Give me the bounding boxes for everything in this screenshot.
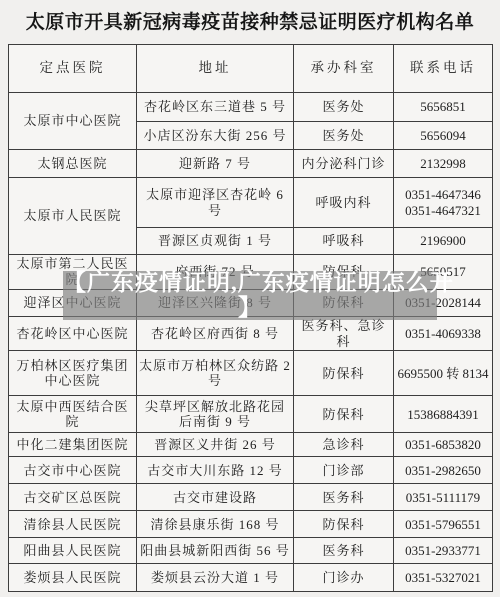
table-row: 娄烦县人民医院 娄烦县云汾大道 1 号 门诊办 0351-5327021 [9,564,493,592]
header-phone: 联系电话 [394,45,493,93]
table-row: 古交市中心医院 古交市大川东路 12 号 门诊部 0351-2982650 [9,457,493,484]
table-row: 万柏林区医疗集团中心医院 太原市万柏林区众纺路 2 号 防保科 6695500 … [9,351,493,396]
address-cell: 古交市大川东路 12 号 [137,457,294,484]
address-cell: 娄烦县云汾大道 1 号 [137,564,294,592]
table-row: 太钢总医院 迎新路 7 号 内分泌科门诊 2132998 [9,150,493,178]
department-cell: 防保科 [294,396,394,433]
document-title: 太原市开具新冠病毒疫苗接种禁忌证明医疗机构名单 [0,7,500,34]
header-department: 承办科室 [294,45,394,93]
phone-cell: 15386884391 [394,396,493,433]
table-row: 太原市中心医院 杏花岭区东三道巷 5 号 医务处 5656851 [9,93,493,122]
phone-cell: 0351-5327021 [394,564,493,592]
hospital-cell: 太原中西医结合医院 [9,396,137,433]
hospital-cell: 中化二建集团医院 [9,433,137,457]
address-cell: 太原市迎泽区杏花岭 6 号 [137,178,294,228]
hospital-cell: 清徐县人民医院 [9,511,137,538]
phone-cell: 0351-5796551 [394,511,493,538]
address-cell: 清徐县康乐街 168 号 [137,511,294,538]
watermark-line-2: 】 [63,296,437,321]
header-hospital: 定点医院 [9,45,137,93]
table-row: 古交矿区总医院 古交市建设路 医务科 0351-5111179 [9,484,493,511]
table-row: 阳曲县人民医院 阳曲县城新阳西街 56 号 医务科 0351-2933771 [9,538,493,564]
hospital-cell: 太钢总医院 [9,150,137,178]
phone-cell: 5656094 [394,122,493,150]
phone-cell: 0351-2982650 [394,457,493,484]
table-row: 杏花岭区中心医院 杏花岭区府西街 8 号 医务科、急诊科 0351-406933… [9,316,493,351]
address-cell: 迎新路 7 号 [137,150,294,178]
phone-cell: 5656851 [394,93,493,122]
department-cell: 急诊科 [294,433,394,457]
address-cell: 小店区汾东大街 256 号 [137,122,294,150]
address-cell: 太原市万柏林区众纺路 2 号 [137,351,294,396]
department-cell: 医务科 [294,484,394,511]
hospital-cell: 阳曲县人民医院 [9,538,137,564]
department-cell: 防保科 [294,351,394,396]
page: 太原市开具新冠病毒疫苗接种禁忌证明医疗机构名单 定点医院 地址 承办科室 联系电… [0,0,500,597]
phone-cell: 0351-5111179 [394,484,493,511]
address-cell: 晋源区贞观街 1 号 [137,228,294,255]
address-cell: 杏花岭区东三道巷 5 号 [137,93,294,122]
watermark-overlay: 【广东疫情证明,广东疫情证明怎么开 】 [63,271,437,320]
phone-cell: 0351-4069338 [394,316,493,351]
department-cell: 门诊部 [294,457,394,484]
phone-cell: 0351-6853820 [394,433,493,457]
address-cell: 晋源区义井街 26 号 [137,433,294,457]
address-cell: 杏花岭区府西街 8 号 [137,316,294,351]
table-row: 太原市人民医院 太原市迎泽区杏花岭 6 号 呼吸内科 0351-4647346 … [9,178,493,228]
watermark-line-1: 【广东疫情证明,广东疫情证明怎么开 [63,271,437,296]
department-cell: 内分泌科门诊 [294,150,394,178]
hospital-cell: 太原市中心医院 [9,93,137,150]
hospital-cell: 万柏林区医疗集团中心医院 [9,351,137,396]
phone-cell: 0351-4647346 0351-4647321 [394,178,493,228]
phone-cell: 2196900 [394,228,493,255]
department-cell: 门诊办 [294,564,394,592]
department-cell: 呼吸内科 [294,178,394,228]
table-row: 清徐县人民医院 清徐县康乐街 168 号 防保科 0351-5796551 [9,511,493,538]
address-cell: 古交市建设路 [137,484,294,511]
phone-line-2: 0351-4647321 [396,203,490,219]
phone-cell: 2132998 [394,150,493,178]
hospital-cell: 古交矿区总医院 [9,484,137,511]
phone-cell: 6695500 转 8134 [394,351,493,396]
table-row: 中化二建集团医院 晋源区义井街 26 号 急诊科 0351-6853820 [9,433,493,457]
department-cell: 防保科 [294,511,394,538]
address-cell: 尖草坪区解放北路花园后南街 9 号 [137,396,294,433]
hospital-cell: 杏花岭区中心医院 [9,316,137,351]
table-row: 太原中西医结合医院 尖草坪区解放北路花园后南街 9 号 防保科 15386884… [9,396,493,433]
department-cell: 医务科、急诊科 [294,316,394,351]
department-cell: 医务处 [294,93,394,122]
phone-cell: 0351-2933771 [394,538,493,564]
department-cell: 医务处 [294,122,394,150]
department-cell: 呼吸科 [294,228,394,255]
table-header-row: 定点医院 地址 承办科室 联系电话 [9,45,493,93]
hospital-cell: 古交市中心医院 [9,457,137,484]
hospital-cell: 娄烦县人民医院 [9,564,137,592]
department-cell: 医务科 [294,538,394,564]
address-cell: 阳曲县城新阳西街 56 号 [137,538,294,564]
phone-line-1: 0351-4647346 [396,187,490,203]
header-address: 地址 [137,45,294,93]
hospital-cell: 太原市人民医院 [9,178,137,255]
